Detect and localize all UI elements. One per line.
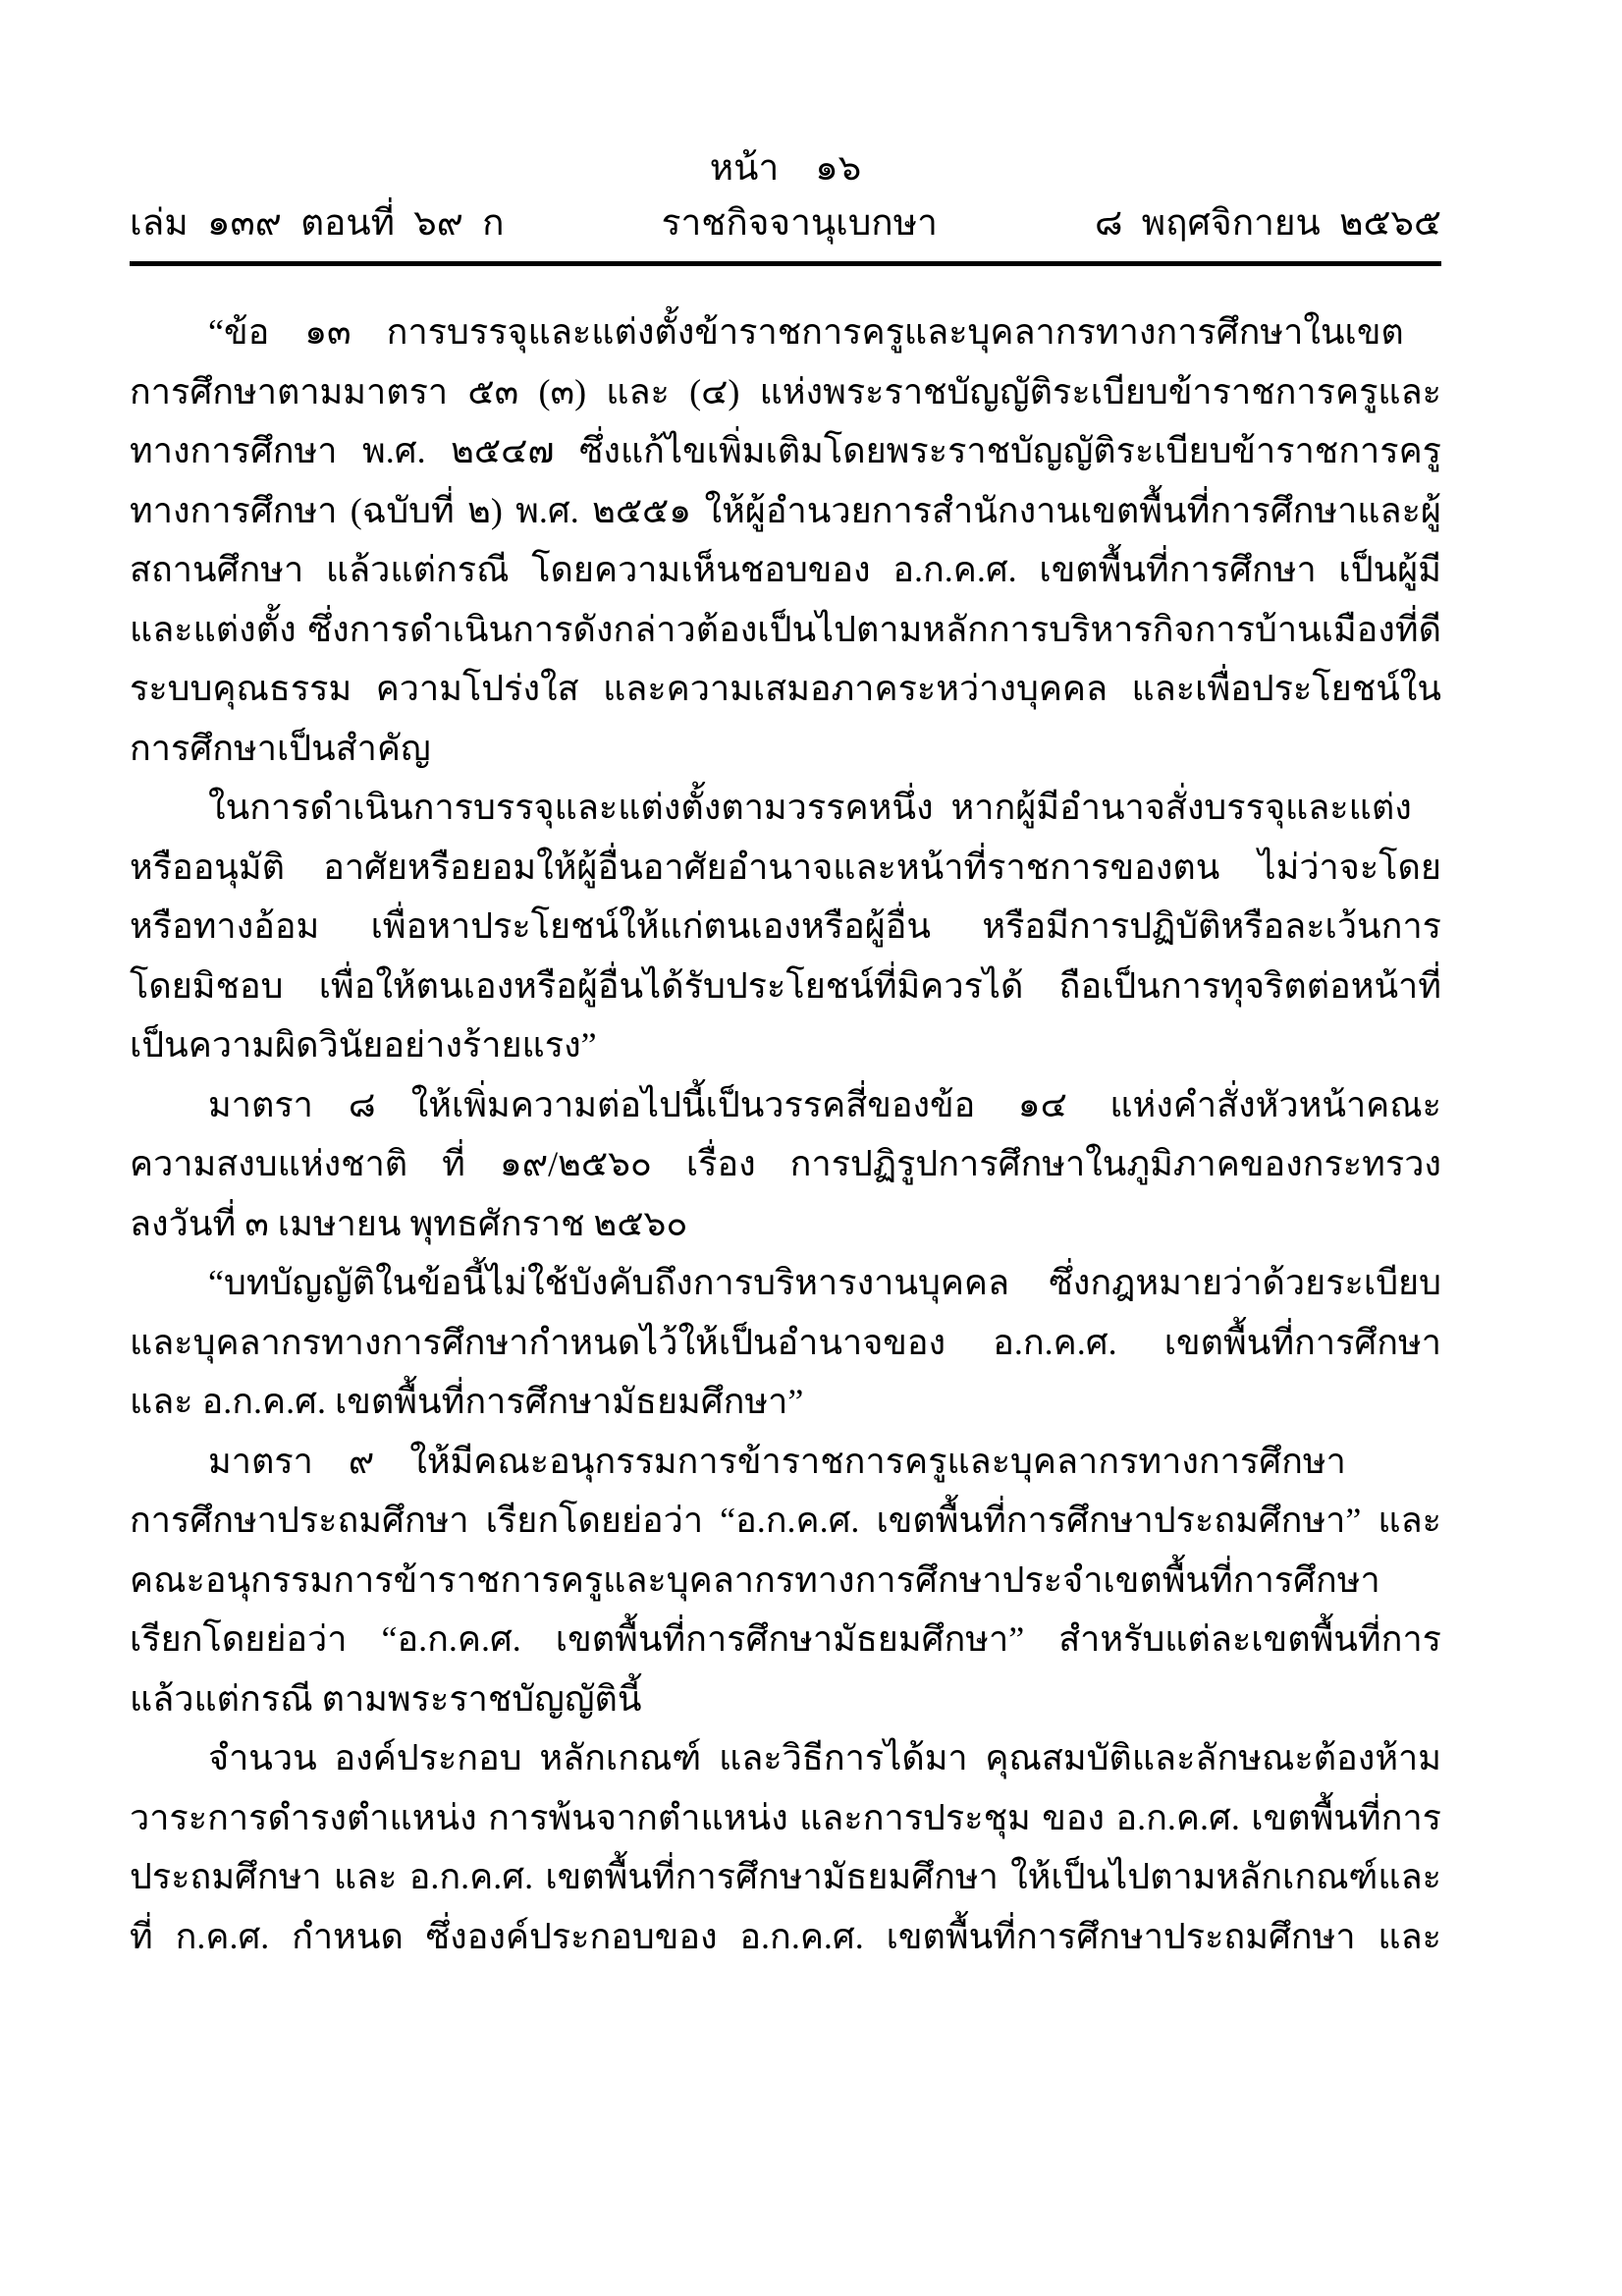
gazette-page: หน้า ๑๖ เล่ม ๑๓๙ ตอนที่ ๖๙ ก ราชกิจจานุเ… xyxy=(0,0,1622,2296)
text-line: ทางการศึกษา (ฉบับที่ ๒) พ.ศ. ๒๕๕๑ ให้ผู้… xyxy=(130,481,1441,541)
volume-issue-label: เล่ม ๑๓๙ ตอนที่ ๖๙ ก xyxy=(130,200,505,247)
text-line: วาระการดำรงตำแหน่ง การพ้นจากตำแหน่ง และก… xyxy=(130,1788,1441,1848)
paragraph-section-9: มาตรา ๙ ให้มีคณะอนุกรรมการข้าราชการครูแล… xyxy=(130,1432,1441,1729)
text-line: หรืออนุมัติ อาศัยหรือยอมให้ผู้อื่นอาศัยอ… xyxy=(130,838,1441,898)
text-line: “ข้อ ๑๓ การบรรจุและแต่งตั้งข้าราชการครูแ… xyxy=(130,302,1441,362)
header-rule-divider xyxy=(130,261,1441,266)
paragraph-composition: จำนวน องค์ประกอบ หลักเกณฑ์ และวิธีการได้… xyxy=(130,1728,1441,1966)
gazette-title: ราชกิจจานุเบกษา xyxy=(662,200,938,247)
text-line: การศึกษาตามมาตรา ๕๓ (๓) และ (๔) แห่งพระร… xyxy=(130,362,1441,422)
text-line: และแต่งตั้ง ซึ่งการดำเนินการดังกล่าวต้อง… xyxy=(130,600,1441,660)
text-line: โดยมิชอบ เพื่อให้ตนเองหรือผู้อื่นได้รับป… xyxy=(130,957,1441,1016)
paragraph-section-8: มาตรา ๘ ให้เพิ่มความต่อไปนี้เป็นวรรคสี่ข… xyxy=(130,1075,1441,1254)
publication-date: ๘ พฤศจิกายน ๒๕๖๕ xyxy=(1095,200,1441,247)
text-line: การศึกษาประถมศึกษา เรียกโดยย่อว่า “อ.ก.ค… xyxy=(130,1491,1441,1551)
text-line: และบุคลากรทางการศึกษากำหนดไว้ให้เป็นอำนา… xyxy=(130,1313,1441,1373)
text-line: มาตรา ๘ ให้เพิ่มความต่อไปนี้เป็นวรรคสี่ข… xyxy=(130,1075,1441,1135)
text-line: ที่ ก.ค.ศ. กำหนด ซึ่งองค์ประกอบของ อ.ก.ค… xyxy=(130,1907,1441,1967)
text-line: ประถมศึกษา และ อ.ก.ค.ศ. เขตพื้นที่การศึก… xyxy=(130,1847,1441,1907)
paragraph-clause-13-second: ในการดำเนินการบรรจุและแต่งตั้งตามวรรคหนึ… xyxy=(130,778,1441,1075)
paragraph-quoted-provision: “บทบัญญัติในข้อนี้ไม่ใช้บังคับถึงการบริห… xyxy=(130,1253,1441,1432)
text-line: ลงวันที่ ๓ เมษายน พุทธศักราช ๒๕๖๐ xyxy=(130,1194,1441,1254)
text-line: หรือทางอ้อม เพื่อหาประโยชน์ให้แก่ตนเองหร… xyxy=(130,897,1441,957)
text-line: สถานศึกษา แล้วแต่กรณี โดยความเห็นชอบของ … xyxy=(130,540,1441,600)
text-line: ในการดำเนินการบรรจุและแต่งตั้งตามวรรคหนึ… xyxy=(130,778,1441,838)
text-line: เรียกโดยย่อว่า “อ.ก.ค.ศ. เขตพื้นที่การศึ… xyxy=(130,1610,1441,1669)
text-line: และ อ.ก.ค.ศ. เขตพื้นที่การศึกษามัธยมศึกษ… xyxy=(130,1372,1441,1432)
text-line: จำนวน องค์ประกอบ หลักเกณฑ์ และวิธีการได้… xyxy=(130,1728,1441,1788)
paragraph-clause-13: “ข้อ ๑๓ การบรรจุและแต่งตั้งข้าราชการครูแ… xyxy=(130,302,1441,778)
gazette-header-row: เล่ม ๑๓๙ ตอนที่ ๖๙ ก ราชกิจจานุเบกษา ๘ พ… xyxy=(130,200,1441,247)
text-line: มาตรา ๙ ให้มีคณะอนุกรรมการข้าราชการครูแล… xyxy=(130,1432,1441,1492)
text-line: ทางการศึกษา พ.ศ. ๒๕๔๗ ซึ่งแก้ไขเพิ่มเติม… xyxy=(130,421,1441,481)
text-line: คณะอนุกรรมการข้าราชการครูและบุคลากรทางกา… xyxy=(130,1551,1441,1611)
text-line: เป็นความผิดวินัยอย่างร้ายแรง” xyxy=(130,1015,1441,1075)
text-line: ความสงบแห่งชาติ ที่ ๑๙/๒๕๖๐ เรื่อง การปฏ… xyxy=(130,1134,1441,1194)
text-line: แล้วแต่กรณี ตามพระราชบัญญัตินี้ xyxy=(130,1669,1441,1729)
text-line: ระบบคุณธรรม ความโปร่งใส และความเสมอภาคระ… xyxy=(130,659,1441,719)
text-line: “บทบัญญัติในข้อนี้ไม่ใช้บังคับถึงการบริห… xyxy=(130,1253,1441,1313)
document-body: “ข้อ ๑๓ การบรรจุและแต่งตั้งข้าราชการครูแ… xyxy=(130,302,1441,1966)
text-line: การศึกษาเป็นสำคัญ xyxy=(130,719,1441,779)
page-number-label: หน้า ๑๖ xyxy=(130,145,1441,192)
